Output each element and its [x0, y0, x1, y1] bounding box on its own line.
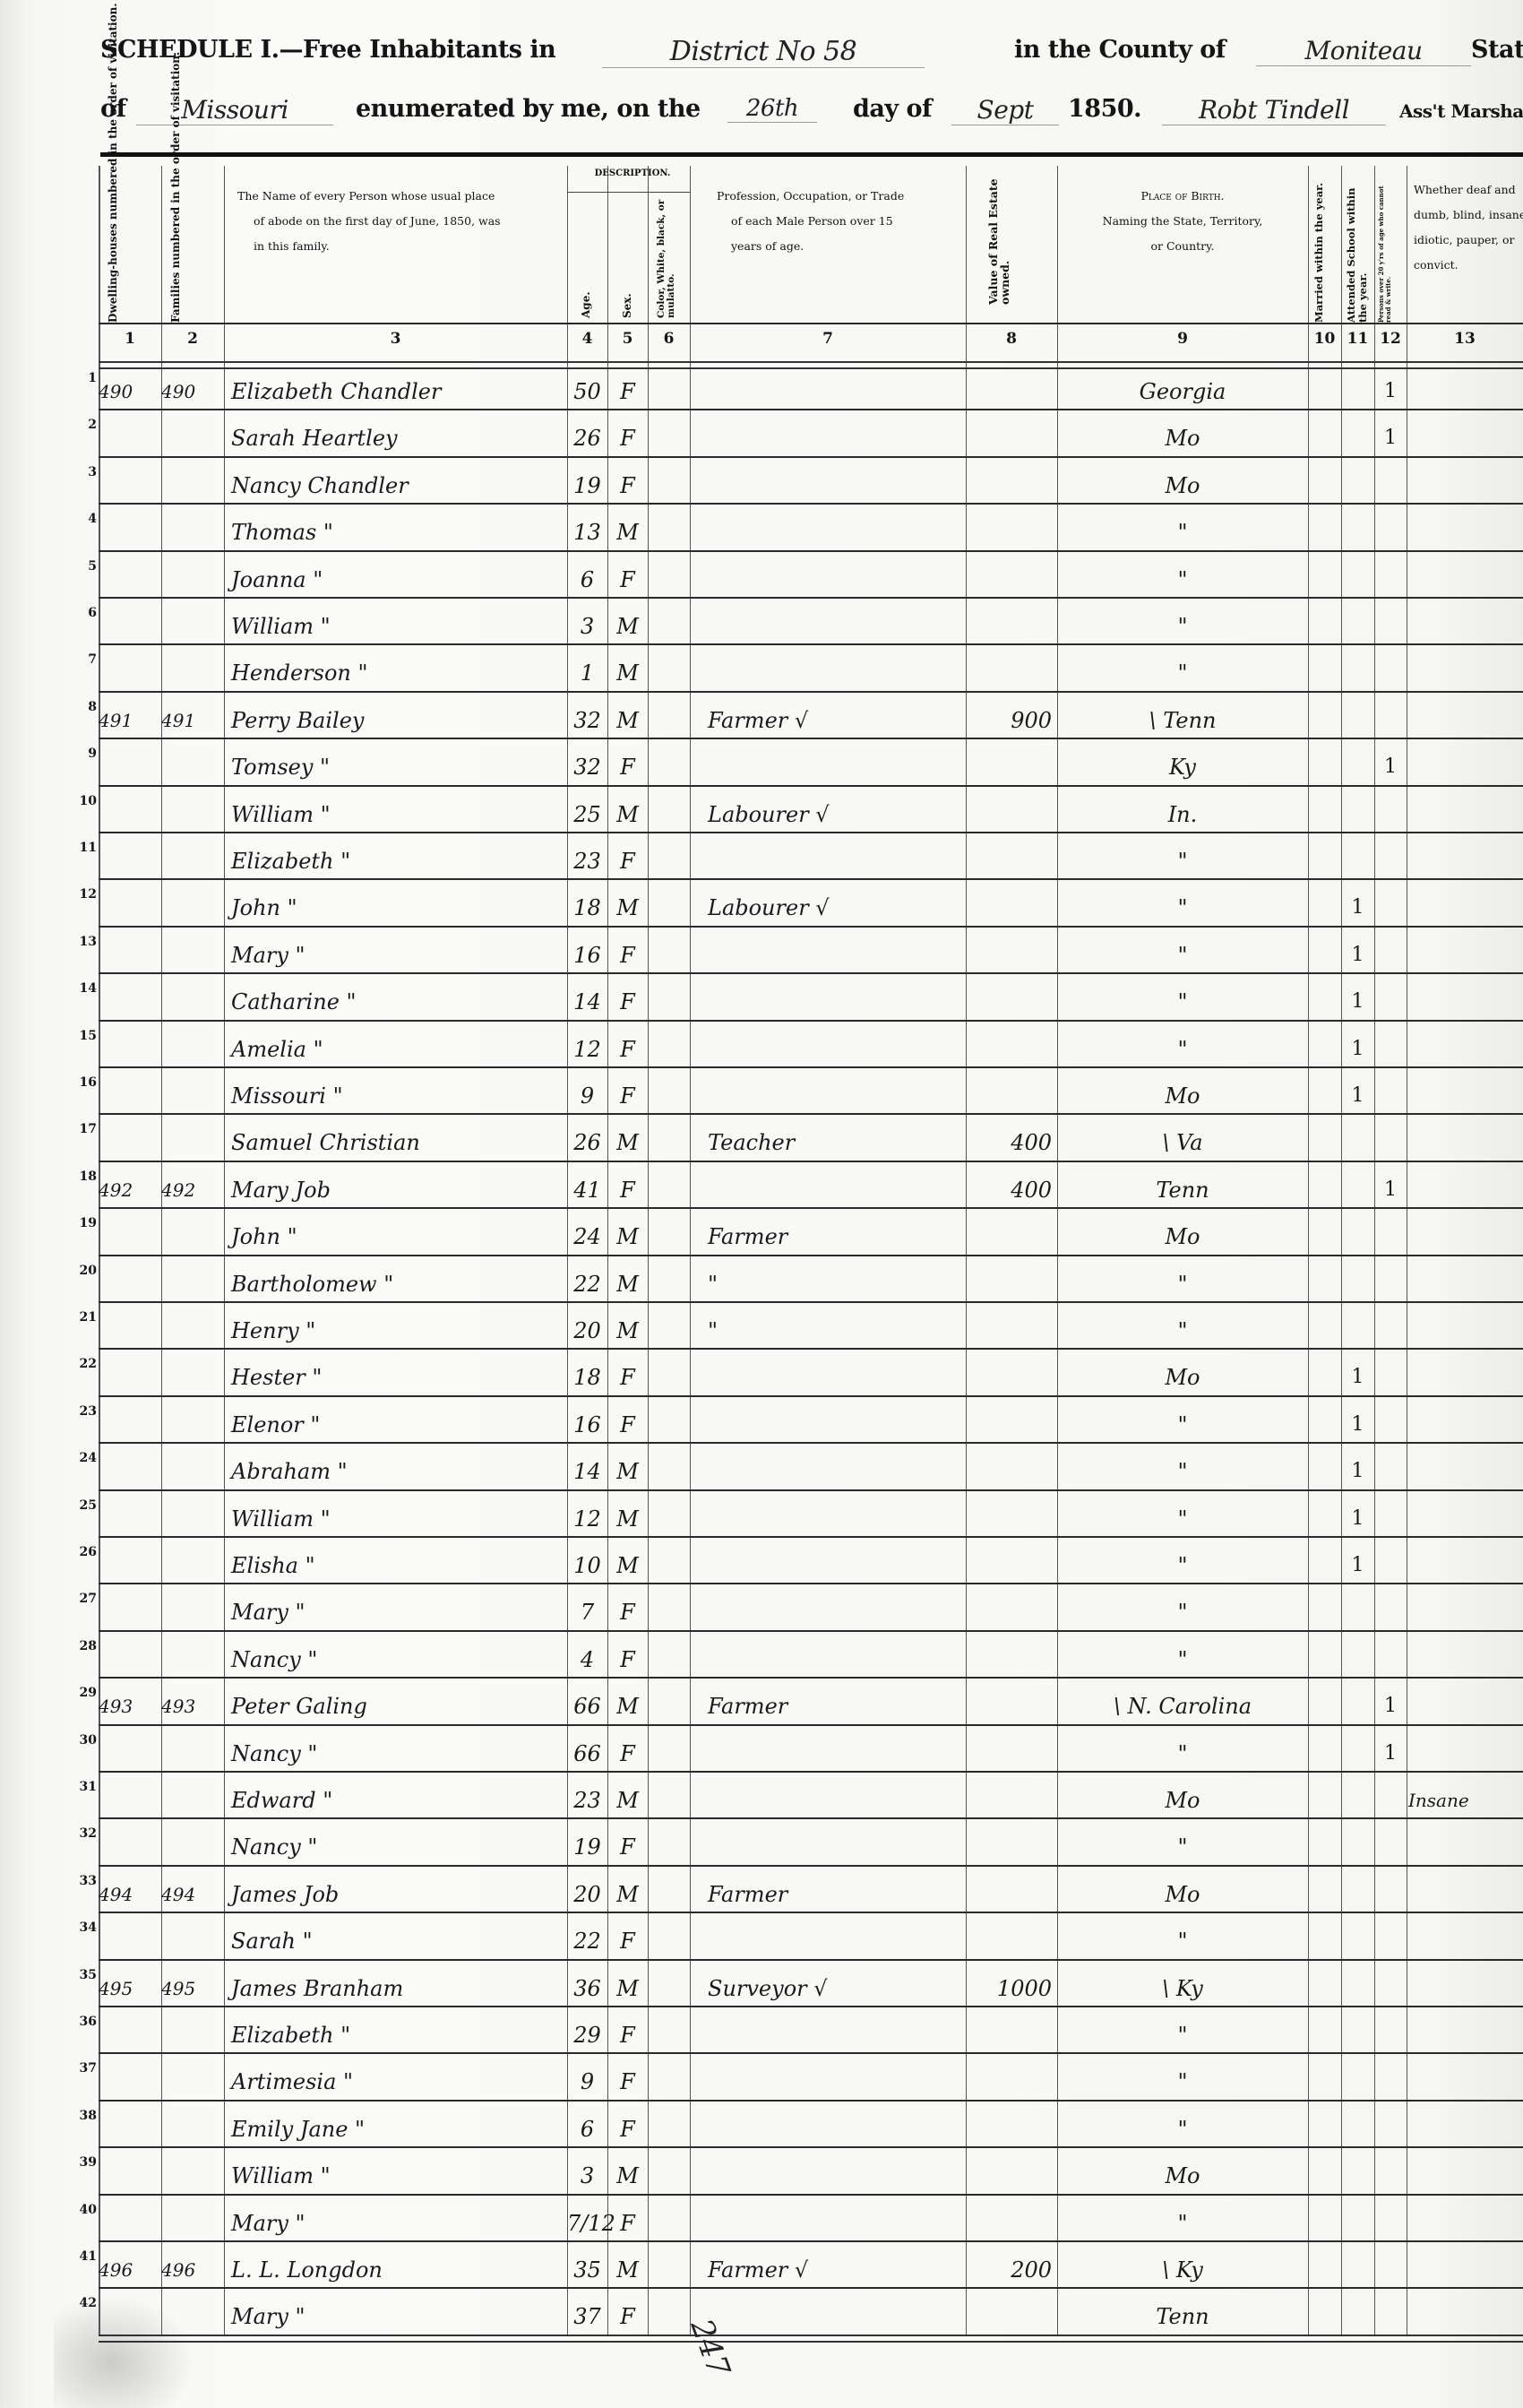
cell-birthplace: " [1057, 613, 1308, 640]
row-rule [99, 503, 1523, 505]
cell-name: Peter Galing [231, 1693, 567, 1720]
cell-sex: F [607, 848, 648, 875]
col-3-header-line: of abode on the first day of June, 1850,… [237, 209, 560, 234]
cell-birthplace: Mo [1057, 1223, 1308, 1250]
cell-sex: F [607, 942, 648, 969]
county-label: in the County of [1014, 36, 1226, 64]
cell-age: 13 [567, 519, 607, 546]
line-number: 8 [73, 700, 97, 714]
cell-sex: M [607, 1223, 648, 1250]
header-rule [99, 323, 1523, 324]
cell-name: Nancy " [231, 1646, 567, 1673]
cell-sex: M [607, 801, 648, 828]
line-number: 36 [73, 2015, 97, 2029]
line-number: 23 [73, 1404, 97, 1419]
cell-age: 20 [567, 1317, 607, 1344]
cell-dwelling: 496 [99, 2257, 161, 2283]
cell-school: 1 [1341, 894, 1374, 921]
cell-sex: M [607, 660, 648, 686]
line-number: 33 [73, 1874, 97, 1888]
col-13-header: Whether deaf and dumb, blind, insane, id… [1414, 177, 1523, 278]
header-rule [100, 152, 1523, 157]
marshal-label: Ass't Marshal [1399, 100, 1523, 122]
column-divider [161, 166, 162, 2336]
cell-name: Elizabeth Chandler [231, 378, 567, 405]
row-rule [99, 1489, 1523, 1491]
line-number: 37 [73, 2061, 97, 2076]
column-divider [224, 166, 225, 2336]
row-rule [99, 1348, 1523, 1350]
cell-age: 26 [567, 425, 607, 452]
cell-age: 16 [567, 942, 607, 969]
cell-sex: F [607, 1740, 648, 1767]
column-divider [966, 166, 967, 2336]
row-rule [99, 1066, 1523, 1068]
column-divider [648, 166, 649, 2336]
row-rule [99, 1912, 1523, 1913]
cell-sex: F [607, 2210, 648, 2237]
row-rule [99, 2194, 1523, 2196]
cell-name: Mary " [231, 2210, 567, 2237]
cell-sex: M [607, 1458, 648, 1485]
cell-occupation: Farmer [708, 1693, 966, 1720]
cell-age: 66 [567, 1693, 607, 1720]
line-number: 6 [73, 606, 97, 620]
line-number: 35 [73, 1968, 97, 1982]
col-1-header: Dwelling-houses numbered in the order of… [108, 170, 119, 323]
line-number: 10 [73, 794, 97, 808]
column-number: 10 [1308, 330, 1341, 348]
line-number: 11 [73, 841, 97, 855]
col-7-header-line: of each Male Person over 15 [717, 209, 959, 234]
cell-name: Joanna " [231, 566, 567, 593]
cell-sex: M [607, 707, 648, 734]
cell-birthplace: " [1057, 848, 1308, 875]
col-9-header-line: Place of Birth. [1066, 184, 1299, 209]
cell-name: L. L. Longdon [231, 2257, 567, 2283]
column-number: 13 [1407, 330, 1523, 348]
cell-birthplace: Mo [1057, 472, 1308, 499]
cell-name: Tomsey " [231, 754, 567, 781]
cell-age: 25 [567, 801, 607, 828]
cell-name: John " [231, 1223, 567, 1250]
column-number: 9 [1057, 330, 1308, 348]
cell-name: Mary " [231, 1599, 567, 1626]
cell-sex: F [607, 566, 648, 593]
col-12-header: Persons over 20 y'rs of age who cannot r… [1378, 175, 1392, 323]
cell-name: Hester " [231, 1364, 567, 1391]
cell-birthplace: " [1057, 1036, 1308, 1063]
cell-name: Mary Job [231, 1177, 567, 1204]
cell-birthplace: " [1057, 1458, 1308, 1485]
day-of-label: day of [853, 95, 932, 123]
cell-sex: M [607, 2162, 648, 2189]
cell-real-estate: 400 [966, 1129, 1052, 1156]
cell-name: Mary " [231, 942, 567, 969]
cell-name: Emily Jane " [231, 2116, 567, 2143]
cell-age: 66 [567, 1740, 607, 1767]
cell-birthplace: Tenn [1057, 2303, 1308, 2330]
cell-age: 19 [567, 1834, 607, 1860]
cell-dwelling: 493 [99, 1693, 161, 1720]
cell-age: 29 [567, 2022, 607, 2049]
cell-family: 496 [161, 2257, 224, 2283]
cell-age: 50 [567, 378, 607, 405]
column-number: 2 [161, 330, 224, 348]
cell-family: 493 [161, 1693, 224, 1720]
cell-age: 24 [567, 1223, 607, 1250]
cell-name: Mary " [231, 2303, 567, 2330]
cell-name: Henderson " [231, 660, 567, 686]
row-rule [99, 1630, 1523, 1632]
cell-sex: F [607, 754, 648, 781]
cell-age: 4 [567, 1646, 607, 1673]
cell-birthplace: Mo [1057, 1787, 1308, 1814]
row-rule [99, 691, 1523, 693]
line-number: 41 [73, 2249, 97, 2264]
line-number: 27 [73, 1592, 97, 1606]
cell-birthplace: \ Va [1057, 1129, 1308, 1156]
month-field: Sept [951, 95, 1059, 125]
cell-sex: M [607, 1693, 648, 1720]
cell-age: 23 [567, 1787, 607, 1814]
cell-school: 1 [1341, 1411, 1374, 1438]
year-label: 1850. [1068, 95, 1141, 123]
cell-age: 18 [567, 894, 607, 921]
cell-age: 9 [567, 1083, 607, 1109]
column-divider [99, 166, 100, 2336]
row-rule [99, 1865, 1523, 1867]
row-rule [99, 1583, 1523, 1584]
column-number: 8 [966, 330, 1057, 348]
line-number: 28 [73, 1639, 97, 1653]
column-divider [690, 166, 691, 2336]
cell-name: Artimesia " [231, 2068, 567, 2095]
cell-sex: F [607, 1834, 648, 1860]
cell-age: 10 [567, 1552, 607, 1579]
row-rule [99, 738, 1523, 739]
cell-name: Henry " [231, 1317, 567, 1344]
row-rule [99, 878, 1523, 880]
cell-birthplace: " [1057, 1411, 1308, 1438]
cell-sex: M [607, 1881, 648, 1908]
cell-age: 12 [567, 1506, 607, 1532]
state-suffix: State [1471, 36, 1523, 64]
cell-birthplace: " [1057, 1599, 1308, 1626]
cell-name: Bartholomew " [231, 1271, 567, 1298]
cell-illiterate: 1 [1374, 378, 1407, 405]
cell-age: 3 [567, 2162, 607, 2189]
row-rule [99, 1959, 1523, 1961]
col-9-header-line: or Country. [1066, 234, 1299, 259]
cell-sex: F [607, 988, 648, 1015]
cell-birthplace: Tenn [1057, 1177, 1308, 1204]
cell-name: Elizabeth " [231, 2022, 567, 2049]
cell-illiterate: 1 [1374, 1693, 1407, 1720]
column-number: 7 [690, 330, 966, 348]
col-7-header-line: years of age. [717, 234, 959, 259]
district-field: District No 58 [602, 36, 925, 68]
cell-family: 492 [161, 1177, 224, 1204]
cell-occupation: " [708, 1271, 966, 1298]
line-number: 24 [73, 1451, 97, 1465]
cell-sex: F [607, 2116, 648, 2143]
col-9-header: Place of Birth. Naming the State, Territ… [1066, 184, 1299, 259]
cell-age: 32 [567, 754, 607, 781]
cell-occupation: Labourer √ [708, 801, 966, 828]
cell-sex: F [607, 2068, 648, 2095]
line-number: 16 [73, 1075, 97, 1090]
row-rule [99, 926, 1523, 928]
line-number: 12 [73, 887, 97, 902]
cell-age: 1 [567, 660, 607, 686]
cell-birthplace: Ky [1057, 754, 1308, 781]
row-rule [99, 1395, 1523, 1397]
line-number: 32 [73, 1826, 97, 1841]
cell-sex: F [607, 425, 648, 452]
cell-name: Amelia " [231, 1036, 567, 1063]
col-2-header: Families numbered in the order of visita… [170, 170, 182, 323]
line-number: 18 [73, 1169, 97, 1184]
cell-occupation: Farmer [708, 1223, 966, 1250]
cell-name: Nancy " [231, 1834, 567, 1860]
col-3-header: The Name of every Person whose usual pla… [237, 184, 560, 259]
cell-sex: F [607, 2022, 648, 2049]
cell-sex: F [607, 1177, 648, 1204]
cell-sex: F [607, 1599, 648, 1626]
column-divider [1407, 166, 1407, 2336]
cell-birthplace: " [1057, 988, 1308, 1015]
row-rule [99, 2100, 1523, 2102]
cell-sex: F [607, 2303, 648, 2330]
cell-sex: M [607, 1975, 648, 2002]
cell-name: Catharine " [231, 988, 567, 1015]
cell-age: 20 [567, 1881, 607, 1908]
cell-name: Elenor " [231, 1411, 567, 1438]
cell-school: 1 [1341, 1036, 1374, 1063]
row-rule [99, 456, 1523, 458]
cell-school: 1 [1341, 1458, 1374, 1485]
cell-name: James Job [231, 1881, 567, 1908]
cell-name: Elizabeth " [231, 848, 567, 875]
cell-birthplace: \ Ky [1057, 2257, 1308, 2283]
line-number: 15 [73, 1029, 97, 1043]
cell-illiterate: 1 [1374, 425, 1407, 452]
col-3-header-line: in this family. [237, 234, 560, 259]
line-number: 25 [73, 1498, 97, 1513]
cell-real-estate: 200 [966, 2257, 1052, 2283]
cell-birthplace: " [1057, 942, 1308, 969]
line-number: 17 [73, 1122, 97, 1136]
cell-age: 22 [567, 1928, 607, 1955]
row-rule [99, 1724, 1523, 1726]
cell-age: 36 [567, 1975, 607, 2002]
line-number: 4 [73, 512, 97, 526]
cell-name: Samuel Christian [231, 1129, 567, 1156]
cell-age: 14 [567, 1458, 607, 1485]
col-8-header: Value of Real Estate owned. [987, 170, 1011, 305]
cell-age: 14 [567, 988, 607, 1015]
line-number: 22 [73, 1357, 97, 1371]
cell-age: 37 [567, 2303, 607, 2330]
cell-birthplace: " [1057, 894, 1308, 921]
cell-birthplace: " [1057, 566, 1308, 593]
row-rule [99, 1536, 1523, 1538]
cell-birthplace: " [1057, 1506, 1308, 1532]
cell-illiterate: 1 [1374, 1740, 1407, 1767]
col-3-header-line: The Name of every Person whose usual pla… [237, 184, 560, 209]
marshal-name-field: Robt Tindell [1162, 95, 1386, 125]
cell-school: 1 [1341, 1552, 1374, 1579]
cell-family: 490 [161, 378, 224, 405]
column-divider [1308, 166, 1309, 2336]
col-11-header: Attended School within the year. [1346, 175, 1369, 323]
cell-birthplace: Mo [1057, 1364, 1308, 1391]
row-rule [99, 2146, 1523, 2148]
column-number: 12 [1374, 330, 1407, 348]
cell-family: 491 [161, 707, 224, 734]
cell-age: 41 [567, 1177, 607, 1204]
description-group-label: DESCRIPTION. [573, 164, 692, 184]
row-rule [99, 2240, 1523, 2242]
row-rule [99, 972, 1523, 974]
cell-school: 1 [1341, 1506, 1374, 1532]
cell-name: Elisha " [231, 1552, 567, 1579]
cell-family: 495 [161, 1975, 224, 2002]
cell-name: Nancy Chandler [231, 472, 567, 499]
column-number: 11 [1341, 330, 1374, 348]
state-field: Missouri [136, 95, 333, 125]
cell-sex: M [607, 1317, 648, 1344]
cell-birthplace: " [1057, 1317, 1308, 1344]
cell-sex: F [607, 378, 648, 405]
cell-age: 19 [567, 472, 607, 499]
cell-name: John " [231, 894, 567, 921]
cell-sex: M [607, 519, 648, 546]
line-number: 29 [73, 1686, 97, 1700]
cell-birthplace: \ Tenn [1057, 707, 1308, 734]
row-rule [99, 785, 1523, 787]
cell-birthplace: " [1057, 660, 1308, 686]
line-number: 20 [73, 1264, 97, 1278]
cell-age: 23 [567, 848, 607, 875]
row-rule [99, 2287, 1523, 2289]
row-rule [99, 1301, 1523, 1303]
line-number: 14 [73, 981, 97, 996]
cell-dwelling: 490 [99, 378, 161, 405]
header-rule [99, 361, 1523, 369]
cell-illiterate: 1 [1374, 754, 1407, 781]
cell-age: 12 [567, 1036, 607, 1063]
cell-name: William " [231, 2162, 567, 2189]
cell-occupation: Labourer √ [708, 894, 966, 921]
cell-birthplace: Mo [1057, 1083, 1308, 1109]
cell-sex: M [607, 2257, 648, 2283]
line-number: 26 [73, 1545, 97, 1559]
cell-birthplace: " [1057, 1646, 1308, 1673]
cell-age: 6 [567, 566, 607, 593]
cell-dwelling: 492 [99, 1177, 161, 1204]
line-number: 19 [73, 1216, 97, 1230]
cell-real-estate: 1000 [966, 1975, 1052, 2002]
column-number: 5 [607, 330, 648, 348]
cell-birthplace: \ Ky [1057, 1975, 1308, 2002]
cell-birthplace: " [1057, 2210, 1308, 2237]
cell-school: 1 [1341, 942, 1374, 969]
cell-sex: M [607, 1552, 648, 1579]
cell-school: 1 [1341, 988, 1374, 1015]
cell-sex: M [607, 1271, 648, 1298]
cell-school: 1 [1341, 1364, 1374, 1391]
line-number: 42 [73, 2296, 97, 2310]
cell-real-estate: 900 [966, 707, 1052, 734]
cell-sex: F [607, 1646, 648, 1673]
cell-name: Edward " [231, 1787, 567, 1814]
line-number: 1 [73, 371, 97, 385]
cell-birthplace: " [1057, 2116, 1308, 2143]
col-7-header: Profession, Occupation, or Trade of each… [717, 184, 959, 259]
cell-school: 1 [1341, 1083, 1374, 1109]
cell-age: 16 [567, 1411, 607, 1438]
cell-name: Nancy " [231, 1740, 567, 1767]
row-rule [99, 1255, 1523, 1256]
col-10-header: Married within the year. [1313, 175, 1325, 323]
column-divider [1341, 166, 1342, 2336]
cell-name: William " [231, 1506, 567, 1532]
cell-age: 22 [567, 1271, 607, 1298]
cell-occupation: Teacher [708, 1129, 966, 1156]
cell-sex: M [607, 613, 648, 640]
row-rule [99, 1161, 1523, 1162]
row-rule [99, 409, 1523, 410]
row-rule [99, 2052, 1523, 2054]
column-number: 1 [99, 330, 161, 348]
line-number: 3 [73, 465, 97, 479]
cell-sex: M [607, 894, 648, 921]
col-7-header-line: Profession, Occupation, or Trade [717, 184, 959, 209]
column-number: 3 [224, 330, 567, 348]
cell-name: Missouri " [231, 1083, 567, 1109]
line-number: 7 [73, 652, 97, 667]
col-9-header-line: Naming the State, Territory, [1066, 209, 1299, 234]
cell-sex: M [607, 1787, 648, 1814]
cell-occupation: Farmer [708, 1881, 966, 1908]
row-rule [99, 1442, 1523, 1444]
cell-birthplace: Mo [1057, 1881, 1308, 1908]
cell-name: Abraham " [231, 1458, 567, 1485]
col-5-header: Sex. [622, 293, 633, 318]
row-rule [99, 1677, 1523, 1679]
col-13-header-line: idiotic, pauper, or [1414, 228, 1523, 253]
line-number: 5 [73, 559, 97, 574]
cell-occupation: " [708, 1317, 966, 1344]
col-13-header-line: Whether deaf and [1414, 177, 1523, 203]
cell-name: Sarah Heartley [231, 425, 567, 452]
county-field: Moniteau [1256, 36, 1471, 66]
cell-sex: F [607, 1364, 648, 1391]
cell-sex: F [607, 472, 648, 499]
cell-sex: F [607, 1083, 648, 1109]
row-rule [99, 2335, 1523, 2343]
cell-dwelling: 491 [99, 707, 161, 734]
cell-sex: F [607, 1411, 648, 1438]
cell-birthplace: Mo [1057, 2162, 1308, 2189]
cell-name: Thomas " [231, 519, 567, 546]
line-number: 31 [73, 1780, 97, 1794]
cell-age: 7/12 [567, 2210, 607, 2237]
cell-dwelling: 495 [99, 1975, 161, 2002]
col-6-header: Color, White, black, or mulatto. [657, 193, 676, 318]
